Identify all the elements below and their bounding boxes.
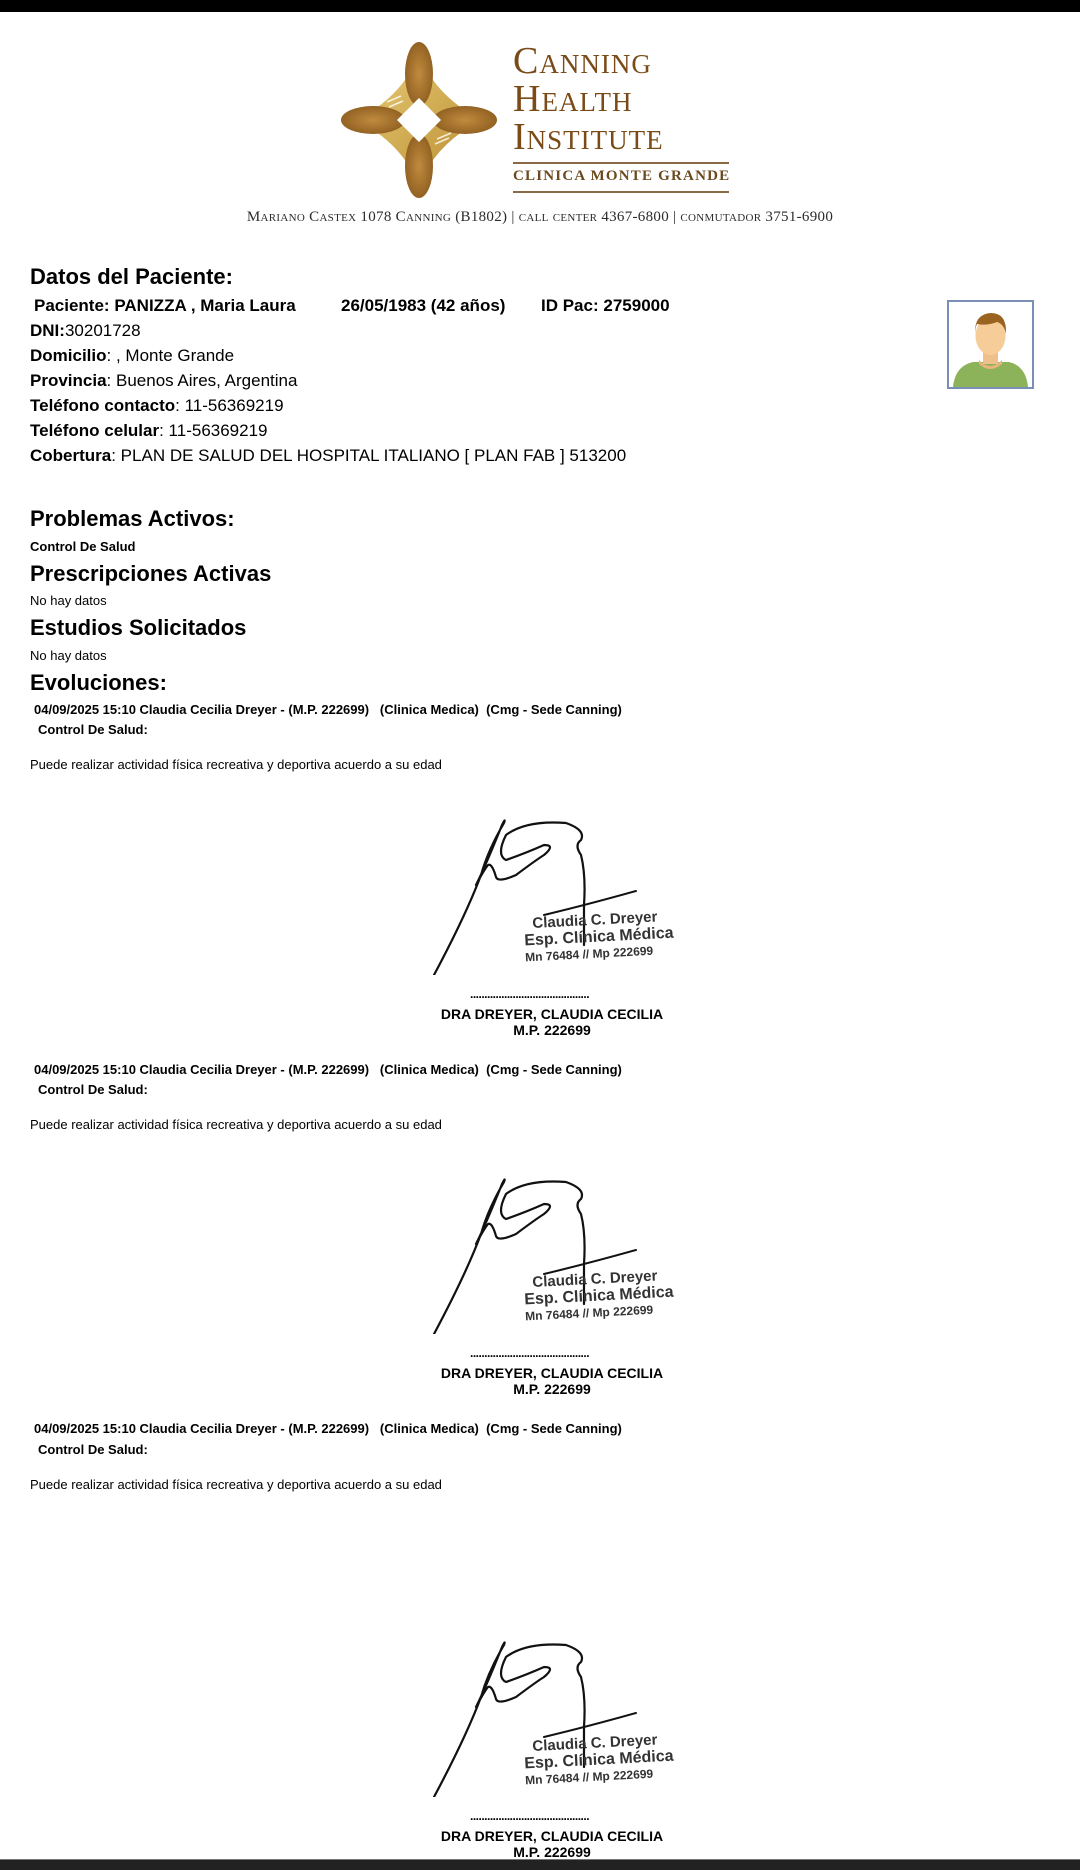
doctor-stamp: Claudia C. Dreyer Esp. Clínica Médica Mn… bbox=[532, 1267, 675, 1323]
patient-avatar bbox=[947, 300, 1034, 389]
patient-name-label: Paciente: bbox=[34, 296, 110, 315]
patient-birthdate: 26/05/1983 (42 años) bbox=[341, 296, 505, 316]
doctor-stamp: Claudia C. Dreyer Esp. Clínica Médica Mn… bbox=[532, 908, 675, 964]
evolution-text: Puede realizar actividad física recreati… bbox=[30, 1117, 442, 1132]
clinic-address: Mariano Castex 1078 Canning (B1802) | ca… bbox=[0, 209, 1080, 226]
studies-title: Estudios Solicitados bbox=[30, 615, 246, 641]
field-label: Teléfono celular bbox=[30, 421, 159, 440]
evolution-text: Puede realizar actividad física recreati… bbox=[30, 1477, 442, 1492]
field-value: : PLAN DE SALUD DEL HOSPITAL ITALIANO [ … bbox=[111, 446, 626, 465]
field-provincia: Provincia: Buenos Aires, Argentina bbox=[30, 371, 297, 391]
doctor-signature-block: Claudia C. Dreyer Esp. Clínica Médica Mn… bbox=[420, 815, 720, 995]
patient-section-title: Datos del Paciente: bbox=[30, 264, 233, 290]
patient-summary-line: Paciente: PANIZZA , Maria Laura bbox=[34, 296, 296, 316]
doctor-signature-block: Claudia C. Dreyer Esp. Clínica Médica Mn… bbox=[420, 1174, 720, 1354]
bottom-bar bbox=[0, 1859, 1080, 1870]
field-telefono-contacto: Teléfono contacto: 11-56369219 bbox=[30, 396, 284, 416]
evolution-subtitle: Control De Salud: bbox=[38, 722, 148, 737]
evolutions-title: Evoluciones: bbox=[30, 670, 167, 696]
doctor-name: DRA DREYER, CLAUDIA CECILIA bbox=[402, 1006, 702, 1022]
patient-id-value: 2759000 bbox=[603, 296, 669, 315]
doctor-name: DRA DREYER, CLAUDIA CECILIA bbox=[402, 1365, 702, 1381]
problems-title: Problemas Activos: bbox=[30, 506, 235, 532]
evolution-subtitle: Control De Salud: bbox=[38, 1082, 148, 1097]
field-value: : , Monte Grande bbox=[107, 346, 235, 365]
studies-empty: No hay datos bbox=[30, 648, 107, 663]
field-value: : 11-56369219 bbox=[175, 396, 283, 415]
evolution-text: Puede realizar actividad física recreati… bbox=[30, 757, 442, 772]
field-cobertura: Cobertura: PLAN DE SALUD DEL HOSPITAL IT… bbox=[30, 446, 626, 466]
clinic-logo: Canning Health Institute CLINICA MONTE G… bbox=[335, 36, 795, 204]
doctor-name: DRA DREYER, CLAUDIA CECILIA bbox=[402, 1828, 702, 1844]
patient-id: ID Pac: 2759000 bbox=[541, 296, 670, 316]
doctor-signature-block: Claudia C. Dreyer Esp. Clínica Médica Mn… bbox=[420, 1637, 720, 1817]
logo-rule-bottom bbox=[513, 191, 729, 193]
signature-dotted-line: ........................................… bbox=[470, 1346, 589, 1360]
evolution-header: 04/09/2025 15:10 Claudia Cecilia Dreyer … bbox=[34, 1062, 622, 1077]
signature-dotted-line: ........................................… bbox=[470, 1809, 589, 1823]
logo-line-3: Institute bbox=[513, 118, 730, 156]
field-value: : 11-56369219 bbox=[159, 421, 267, 440]
field-label: Domicilio bbox=[30, 346, 107, 365]
evolution-header: 04/09/2025 15:10 Claudia Cecilia Dreyer … bbox=[34, 702, 622, 717]
evolution-subtitle: Control De Salud: bbox=[38, 1442, 148, 1457]
evolution-header: 04/09/2025 15:10 Claudia Cecilia Dreyer … bbox=[34, 1421, 622, 1436]
field-label: Cobertura bbox=[30, 446, 111, 465]
logo-wordmark: Canning Health Institute CLINICA MONTE G… bbox=[513, 42, 730, 197]
prescriptions-empty: No hay datos bbox=[30, 593, 107, 608]
field-dni: DNI:30201728 bbox=[30, 321, 141, 341]
signature-dotted-line: ........................................… bbox=[470, 987, 589, 1001]
logo-line-2: Health bbox=[513, 80, 730, 118]
problem-item: Control De Salud bbox=[30, 539, 135, 554]
logo-cross-icon bbox=[335, 36, 503, 204]
doctor-mp: M.P. 222699 bbox=[402, 1844, 702, 1860]
patient-name: PANIZZA , Maria Laura bbox=[114, 296, 295, 315]
doctor-mp: M.P. 222699 bbox=[402, 1022, 702, 1038]
logo-rule bbox=[513, 162, 729, 164]
logo-line-1: Canning bbox=[513, 42, 730, 80]
field-label: Provincia bbox=[30, 371, 107, 390]
field-value: 30201728 bbox=[65, 321, 141, 340]
doctor-stamp: Claudia C. Dreyer Esp. Clínica Médica Mn… bbox=[532, 1731, 675, 1787]
field-label: DNI: bbox=[30, 321, 65, 340]
doctor-mp: M.P. 222699 bbox=[402, 1381, 702, 1397]
field-telefono-celular: Teléfono celular: 11-56369219 bbox=[30, 421, 268, 441]
field-value: : Buenos Aires, Argentina bbox=[107, 371, 298, 390]
field-label: Teléfono contacto bbox=[30, 396, 175, 415]
top-bar bbox=[0, 0, 1080, 12]
prescriptions-title: Prescripciones Activas bbox=[30, 561, 271, 587]
field-domicilio: Domicilio: , Monte Grande bbox=[30, 346, 234, 366]
patient-id-label: ID Pac: bbox=[541, 296, 599, 315]
logo-subtitle: CLINICA MONTE GRANDE bbox=[513, 168, 730, 185]
user-avatar-icon bbox=[949, 302, 1032, 387]
